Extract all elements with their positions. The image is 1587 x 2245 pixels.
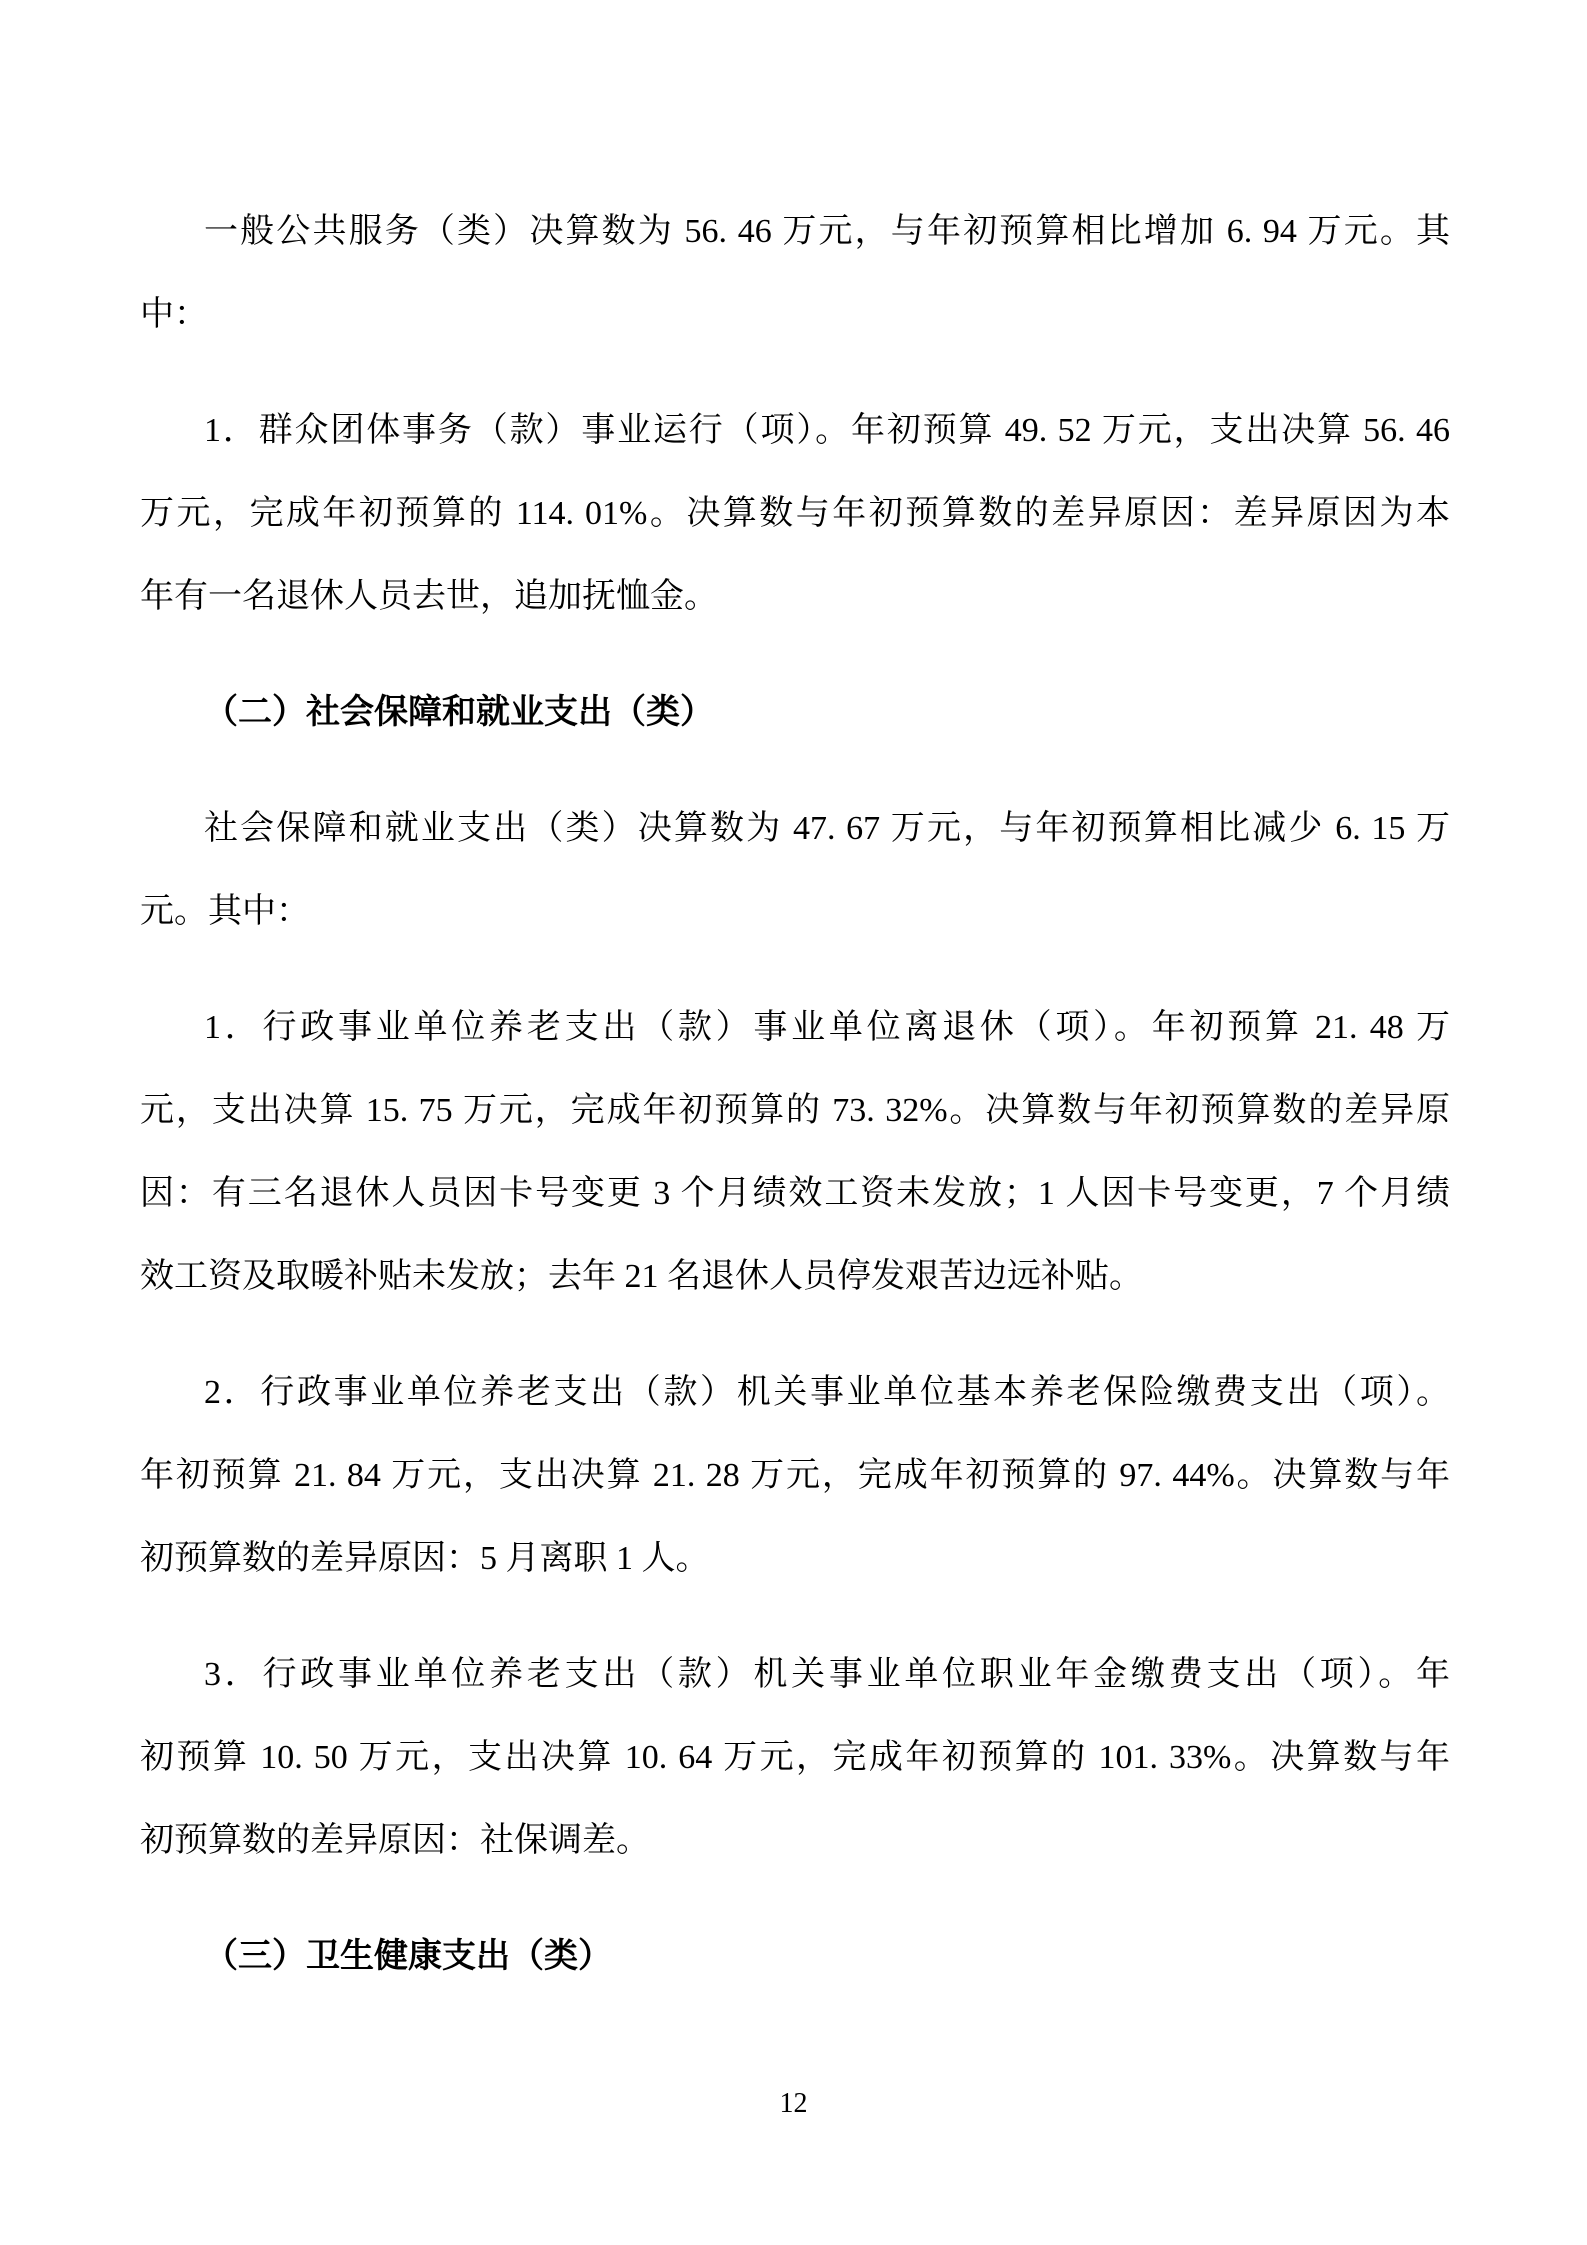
text-line: 初预算数的差异原因：社保调差。	[140, 1799, 1450, 1882]
body-paragraph: 社会保障和就业支出（类）决算数为 47. 67 万元，与年初预算相比减少 6. …	[140, 787, 1450, 953]
text-line: 1．群众团体事务（款）事业运行（项）。年初预算 49. 52 万元，支出决算 5…	[140, 389, 1450, 472]
text-line: 社会保障和就业支出（类）决算数为 47. 67 万元，与年初预算相比减少 6. …	[140, 787, 1450, 870]
text-line: （三）卫生健康支出（类）	[140, 1915, 1450, 1998]
body-paragraph: 1．群众团体事务（款）事业运行（项）。年初预算 49. 52 万元，支出决算 5…	[140, 389, 1450, 638]
text-line: 年有一名退休人员去世，追加抚恤金。	[140, 555, 1450, 638]
body-paragraph: 2．行政事业单位养老支出（款）机关事业单位基本养老保险缴费支出（项）。年初预算 …	[140, 1351, 1450, 1600]
text-line: （二）社会保障和就业支出（类）	[140, 671, 1450, 754]
text-line: 年初预算 21. 84 万元，支出决算 21. 28 万元，完成年初预算的 97…	[140, 1434, 1450, 1517]
document-page: 一般公共服务（类）决算数为 56. 46 万元，与年初预算相比增加 6. 94 …	[0, 0, 1587, 2245]
body-paragraph: 一般公共服务（类）决算数为 56. 46 万元，与年初预算相比增加 6. 94 …	[140, 190, 1450, 356]
text-line: 一般公共服务（类）决算数为 56. 46 万元，与年初预算相比增加 6. 94 …	[140, 190, 1450, 273]
text-line: 万元，完成年初预算的 114. 01%。决算数与年初预算数的差异原因：差异原因为…	[140, 472, 1450, 555]
text-line: 元。其中：	[140, 870, 1450, 953]
body-paragraph: 3．行政事业单位养老支出（款）机关事业单位职业年金缴费支出（项）。年初预算 10…	[140, 1633, 1450, 1882]
text-line: 中：	[140, 273, 1450, 356]
body-paragraph: 1．行政事业单位养老支出（款）事业单位离退休（项）。年初预算 21. 48 万元…	[140, 986, 1450, 1318]
text-line: 因：有三名退休人员因卡号变更 3 个月绩效工资未发放；1 人因卡号变更，7 个月…	[140, 1152, 1450, 1235]
document-body: 一般公共服务（类）决算数为 56. 46 万元，与年初预算相比增加 6. 94 …	[140, 190, 1450, 1998]
text-line: 3．行政事业单位养老支出（款）机关事业单位职业年金缴费支出（项）。年	[140, 1633, 1450, 1716]
text-line: 效工资及取暖补贴未发放；去年 21 名退休人员停发艰苦边远补贴。	[140, 1235, 1450, 1318]
page-number: 12	[0, 2083, 1587, 2125]
section-heading: （二）社会保障和就业支出（类）	[140, 671, 1450, 754]
text-line: 1．行政事业单位养老支出（款）事业单位离退休（项）。年初预算 21. 48 万	[140, 986, 1450, 1069]
text-line: 初预算 10. 50 万元，支出决算 10. 64 万元，完成年初预算的 101…	[140, 1716, 1450, 1799]
section-heading: （三）卫生健康支出（类）	[140, 1915, 1450, 1998]
text-line: 元，支出决算 15. 75 万元，完成年初预算的 73. 32%。决算数与年初预…	[140, 1069, 1450, 1152]
text-line: 2．行政事业单位养老支出（款）机关事业单位基本养老保险缴费支出（项）。	[140, 1351, 1450, 1434]
text-line: 初预算数的差异原因：5 月离职 1 人。	[140, 1517, 1450, 1600]
